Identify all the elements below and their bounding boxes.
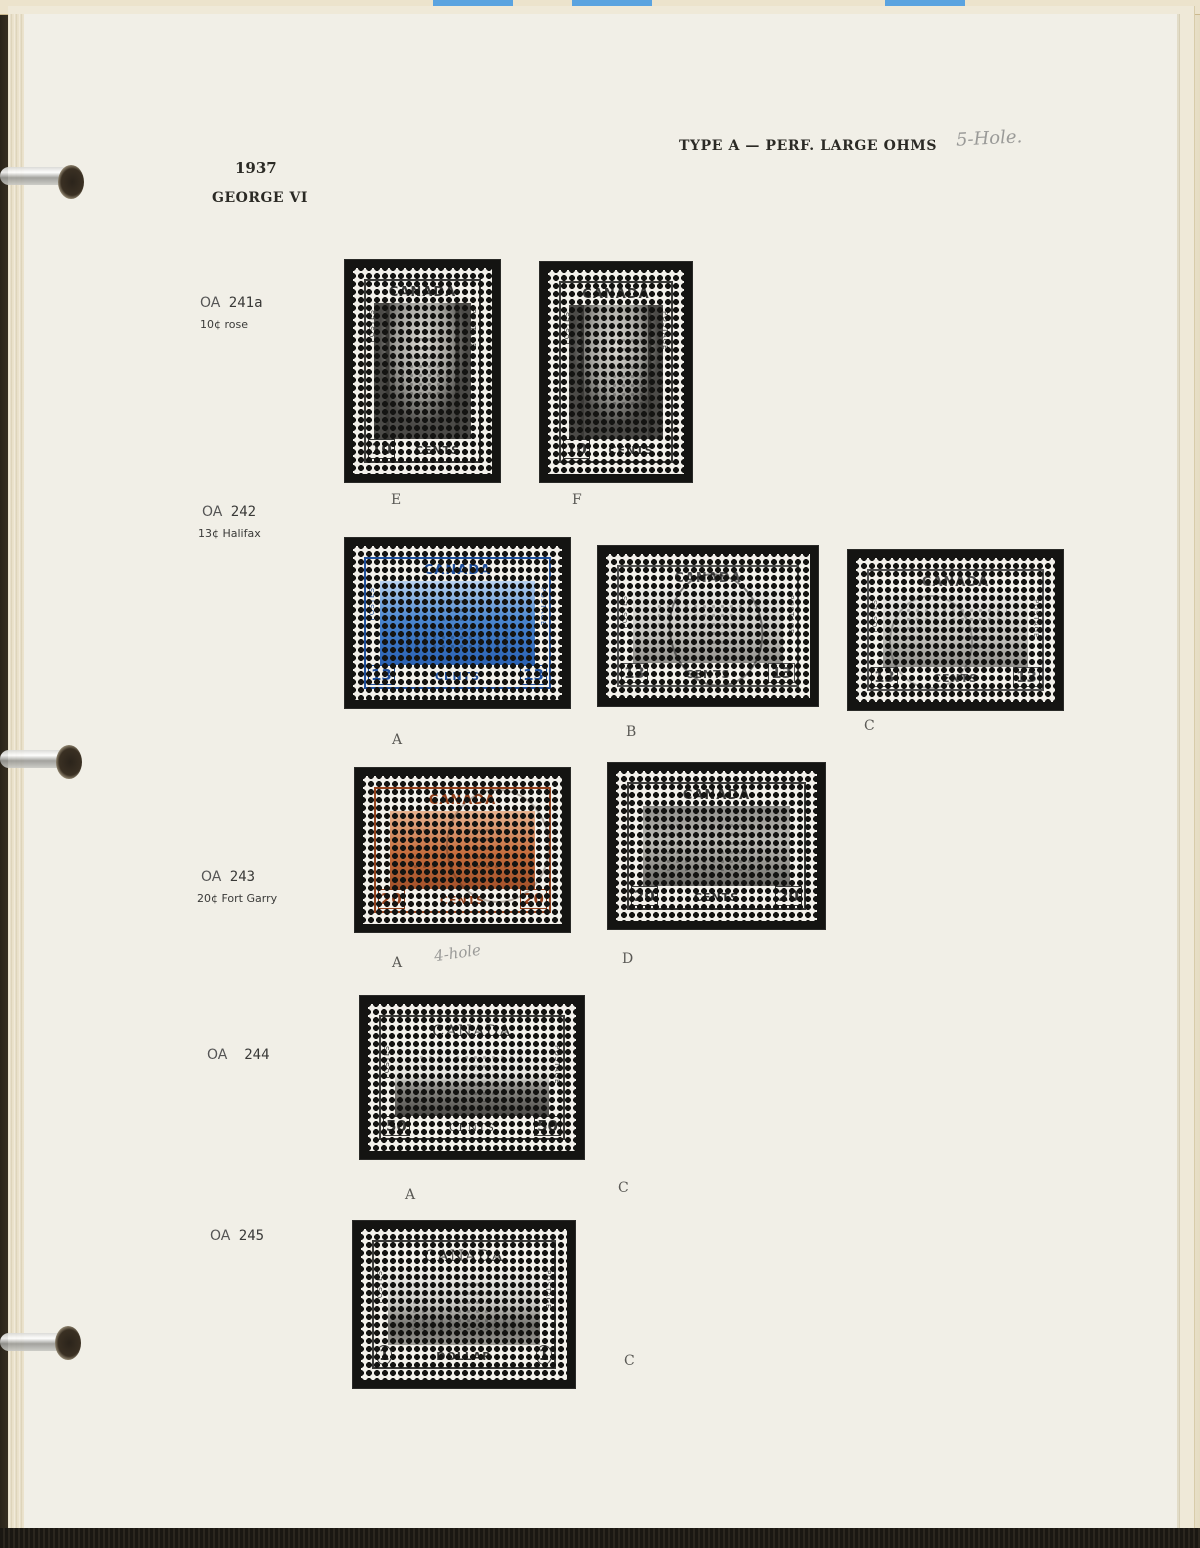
stamp-description: 10¢ rose bbox=[200, 318, 263, 331]
stamp-20c-fort-garry: CANADA 20 CENTS 20 bbox=[616, 771, 817, 921]
catalog-prefix: OA bbox=[207, 1047, 227, 1063]
perfin-holes bbox=[403, 597, 513, 648]
catalog-number: 243 bbox=[230, 869, 255, 885]
catalog-number: 244 bbox=[244, 1047, 269, 1063]
stamp-13c-halifax: CANADA POSTES POSTAGE 13 CENTS 13 bbox=[606, 554, 810, 698]
catalog-prefix: OA bbox=[200, 295, 220, 311]
stamp-13c-halifax: CANADA POSTES POSTAGE 13 CENTS 13 bbox=[856, 558, 1055, 702]
stamp-side-text: POSTES bbox=[368, 309, 376, 342]
stamp-value: 13 bbox=[768, 663, 795, 683]
perfin-holes bbox=[583, 336, 649, 407]
stamp-side-text: POSTAGE bbox=[553, 1045, 561, 1084]
stamp-13c-halifax: CANADA POSTES POSTAGE 13 CENTS 13 bbox=[353, 546, 562, 700]
variety-label: F bbox=[572, 492, 582, 508]
stamp-side-text: POSTES bbox=[621, 595, 629, 628]
stamp-side-text: POSTAGE bbox=[469, 309, 477, 348]
stamp-side-text: POSTES bbox=[368, 587, 376, 620]
stamp-unit: CENTS bbox=[591, 444, 671, 457]
stamp-side-text: POSTES bbox=[871, 599, 879, 632]
stamp-value: 13 bbox=[520, 665, 547, 685]
stamp-side-text: POSTAGE bbox=[661, 311, 669, 350]
perfin-holes bbox=[389, 335, 457, 407]
stamp-country: CANADA bbox=[629, 788, 804, 803]
stamp-value: 13 bbox=[1013, 667, 1040, 687]
stamp-mount[interactable]: CANADA POSTES POSTAGE 50 CENTS 50 bbox=[360, 996, 584, 1159]
variety-label: D bbox=[622, 951, 633, 967]
perfin-holes bbox=[410, 1280, 518, 1330]
stamp-value: 10 bbox=[368, 439, 395, 459]
catalog-number: 241a bbox=[229, 295, 263, 311]
year-heading: 1937 bbox=[235, 159, 277, 177]
stamp-side-text: POSTAGE bbox=[1032, 599, 1040, 638]
stamp-country: CANADA bbox=[366, 285, 479, 300]
catalog-entry-242: OA 242 13¢ Halifax bbox=[202, 504, 261, 540]
stamp-10c-cathedral: CANADA POSTES POSTAGE 10 CENTS bbox=[548, 270, 684, 474]
stamp-description: 13¢ Halifax bbox=[198, 527, 261, 540]
variety-label: A bbox=[392, 732, 402, 748]
variety-label: A bbox=[405, 1187, 415, 1203]
catalog-prefix: OA bbox=[201, 869, 221, 885]
stamp-mount[interactable]: CANADA 20 CENTS 20 bbox=[355, 768, 570, 932]
stamp-1-dollar-chateau: CANADA POSTES POSTAGE 1 DOLLAR 1 bbox=[361, 1229, 567, 1380]
catalog-entry-241a: OA 241a 10¢ rose bbox=[200, 295, 263, 331]
album-page bbox=[24, 14, 1179, 1534]
catalog-entry-243: OA 243 20¢ Fort Garry bbox=[201, 869, 277, 905]
stamp-mount[interactable]: CANADA POSTES POSTAGE 13 CENTS 13 bbox=[598, 546, 818, 706]
binder-cover-edge bbox=[0, 1528, 1200, 1548]
stamp-mount[interactable]: CANADA POSTES POSTAGE 1 DOLLAR 1 bbox=[353, 1221, 575, 1388]
perfin-holes bbox=[664, 821, 769, 871]
stamp-mount[interactable]: CANADA POSTES POSTAGE 13 CENTS 13 bbox=[345, 538, 570, 708]
catalog-entry-245: OA 245 bbox=[210, 1228, 264, 1244]
handwritten-note: 5-Hole. bbox=[955, 126, 1022, 150]
catalog-prefix: OA bbox=[202, 504, 222, 520]
stamp-20c-fort-garry: CANADA 20 CENTS 20 bbox=[363, 776, 562, 924]
stamp-value: 1 bbox=[536, 1345, 552, 1365]
postmark-cancel bbox=[889, 595, 973, 689]
stamp-side-text: POSTAGE bbox=[544, 1270, 552, 1309]
catalog-number: 242 bbox=[231, 504, 256, 520]
stamp-side-text: POSTAGE bbox=[539, 587, 547, 626]
variety-label: B bbox=[626, 724, 636, 740]
section-title: TYPE A — PERF. LARGE OHMS bbox=[679, 138, 937, 154]
empty-slot-label: C bbox=[618, 1180, 629, 1196]
stamp-mount[interactable]: CANADA 20 CENTS 20 bbox=[608, 763, 825, 929]
stamp-unit: DOLLAR bbox=[374, 1350, 554, 1363]
variety-label: C bbox=[864, 718, 875, 734]
stamp-description: 20¢ Fort Garry bbox=[197, 892, 277, 905]
catalog-number: 245 bbox=[239, 1228, 264, 1244]
punch-hole bbox=[56, 745, 82, 779]
stamp-50c-vernon: CANADA POSTES POSTAGE 50 CENTS 50 bbox=[368, 1004, 576, 1151]
stamp-value: 10 bbox=[563, 439, 590, 459]
stamp-unit: CENTS bbox=[396, 444, 479, 457]
punch-hole bbox=[58, 165, 84, 199]
stamp-side-text: POSTAGE bbox=[787, 595, 795, 634]
stamp-country: CANADA bbox=[381, 1021, 563, 1040]
stamp-side-text: POSTES bbox=[376, 1270, 384, 1303]
stamp-side-text: POSTES bbox=[383, 1045, 391, 1078]
stamp-country: CANADA bbox=[869, 575, 1042, 590]
stamp-country: CANADA bbox=[374, 1246, 554, 1265]
punch-hole bbox=[55, 1326, 81, 1360]
stamp-mount[interactable]: CANADA POSTES POSTAGE 10 CENTS bbox=[345, 260, 500, 482]
stamp-10c-cathedral: CANADA POSTES POSTAGE 10 CENTS bbox=[353, 268, 492, 474]
stamp-value: 50 bbox=[534, 1116, 561, 1136]
stamp-side-text: POSTES bbox=[563, 311, 571, 344]
perfin-holes bbox=[417, 1053, 526, 1101]
reign-heading: GEORGE VI bbox=[212, 190, 308, 206]
postmark-cancel bbox=[446, 789, 550, 903]
page-edges bbox=[8, 14, 24, 1534]
empty-slot-label: C bbox=[624, 1353, 635, 1369]
stamp-country: CANADA bbox=[561, 287, 671, 302]
catalog-prefix: OA bbox=[210, 1228, 230, 1244]
stamp-country: CANADA bbox=[366, 563, 549, 578]
variety-label: E bbox=[391, 492, 401, 508]
stamp-value: 20 bbox=[775, 886, 802, 906]
variety-label: A bbox=[392, 955, 402, 971]
catalog-entry-244: OA 244 bbox=[207, 1047, 270, 1063]
stamp-mount[interactable]: CANADA POSTES POSTAGE 13 CENTS 13 bbox=[848, 550, 1063, 710]
stamp-mount[interactable]: CANADA POSTES POSTAGE 10 CENTS bbox=[540, 262, 692, 482]
